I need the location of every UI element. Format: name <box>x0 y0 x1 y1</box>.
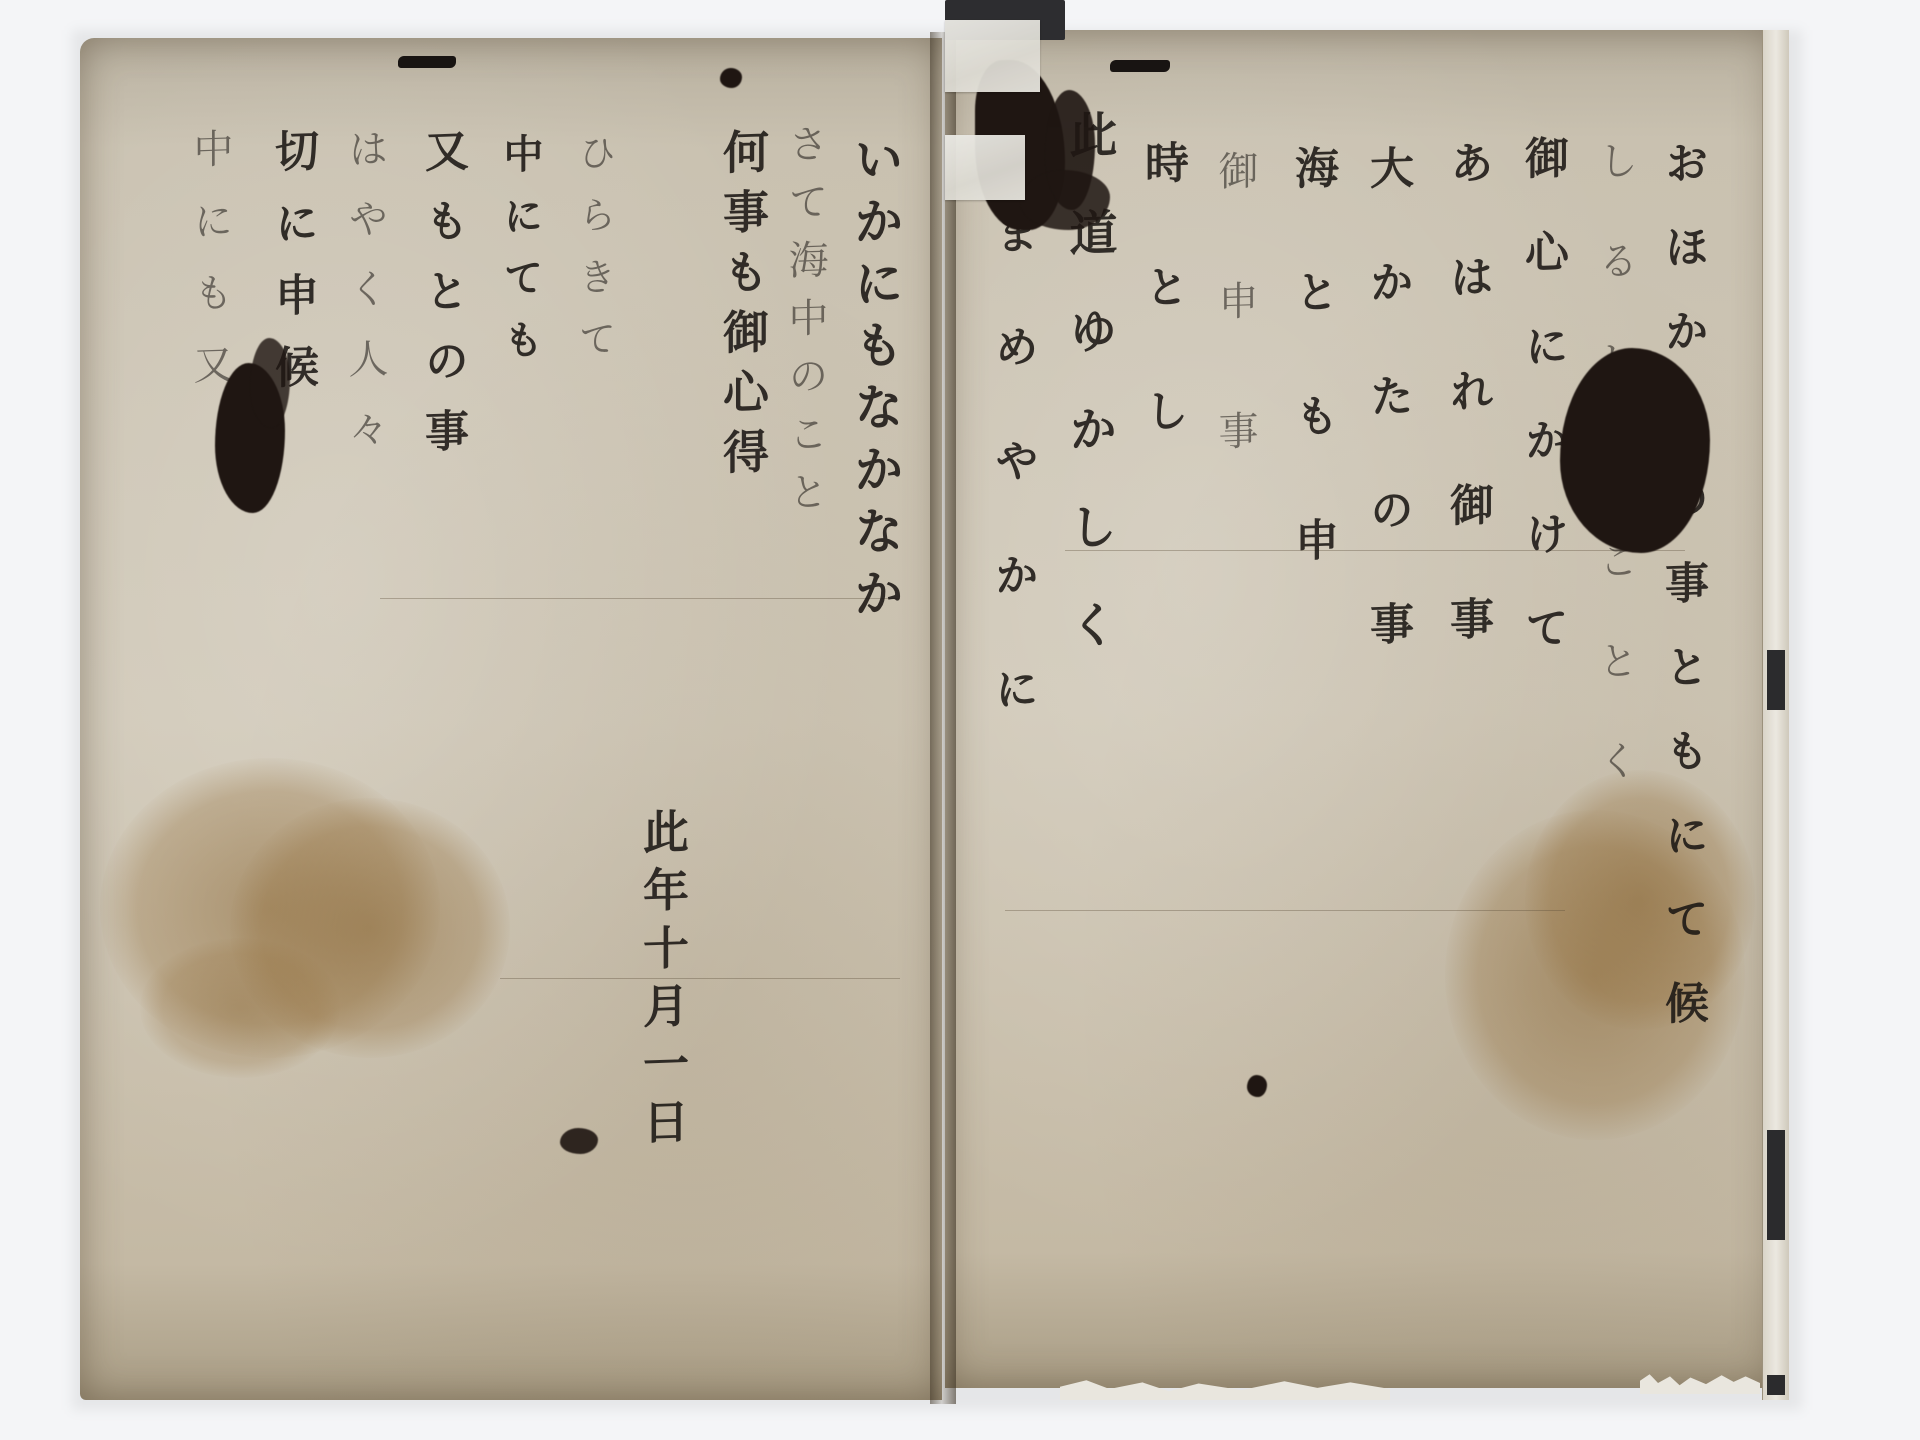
text-column: 中にても <box>500 132 540 381</box>
text-column: 何事も御心得 <box>720 127 766 489</box>
text-column: 御心にかけて <box>1520 134 1564 700</box>
book-gutter <box>930 32 956 1404</box>
text-column: あはれ御事 <box>1445 139 1489 711</box>
paper-crease <box>1005 910 1565 911</box>
ink-blot <box>1247 1075 1267 1097</box>
edge-binding-band <box>1767 650 1785 710</box>
text-column: 大かたの事 <box>1365 144 1409 716</box>
ink-blot <box>250 338 290 428</box>
section-marker <box>1110 60 1170 72</box>
repair-tape <box>945 135 1025 200</box>
left-page: いかにもなかなか さて海中のこと 何事も御心得 此年十月一日 ひらきて 中にても… <box>80 38 942 1400</box>
text-column: さて海中のこと <box>785 122 825 529</box>
text-column: ひらきて <box>575 132 613 381</box>
text-column: はやく人々 <box>345 127 385 478</box>
text-column: おほかたの事ともにて候 <box>1660 139 1704 1065</box>
water-stain <box>1525 770 1755 1030</box>
text-column: 時とし <box>1140 139 1184 513</box>
edge-binding-band <box>1767 1375 1785 1395</box>
text-column: 中にも又 <box>190 127 230 416</box>
ink-blot <box>1560 348 1710 553</box>
text-column: 又もとの事 <box>420 127 464 479</box>
paper-crease <box>500 978 900 979</box>
paper-crease <box>380 598 900 599</box>
right-page: おほかたの事ともにて候 しるしのことく 御心にかけて あはれ御事 大かたの事 海… <box>945 30 1775 1388</box>
ink-blot <box>1020 170 1110 230</box>
repair-tape <box>945 20 1040 92</box>
water-stain <box>140 938 340 1078</box>
ink-blot <box>720 68 742 88</box>
text-column: 海とも申 <box>1290 144 1334 642</box>
ink-blot <box>560 1128 598 1154</box>
right-page-edge <box>1762 30 1789 1400</box>
text-column: まめやかに <box>990 209 1034 781</box>
text-column: いかにもなかなか <box>850 132 900 630</box>
section-marker <box>398 56 456 68</box>
edge-binding-band <box>1767 1130 1785 1240</box>
text-column: 此年十月一日 <box>640 807 686 1157</box>
text-column: 御申事 <box>1215 149 1255 540</box>
